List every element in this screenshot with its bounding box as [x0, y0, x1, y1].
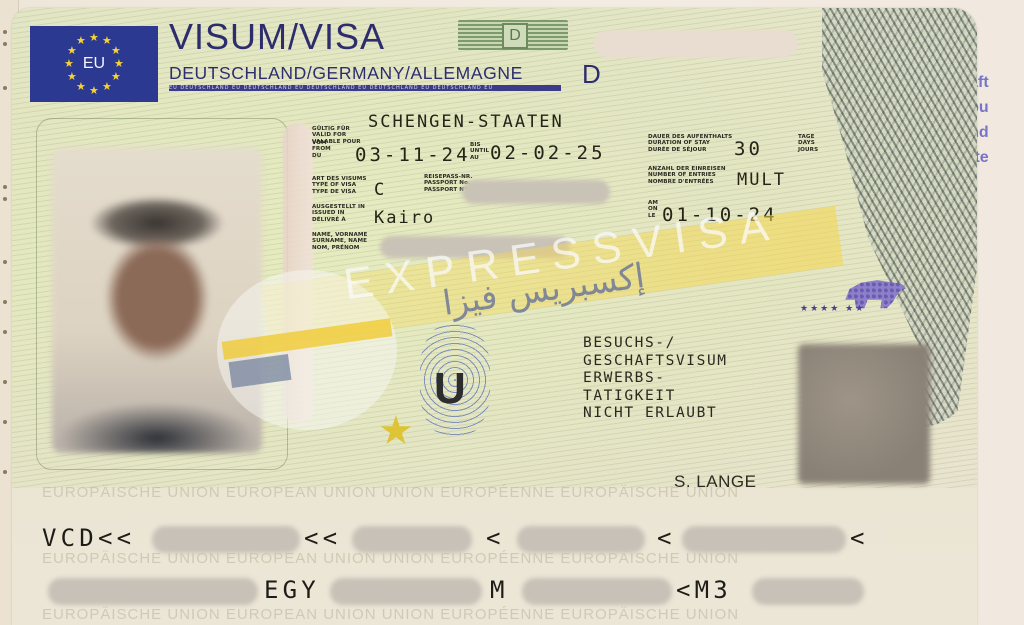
valid-for-value: SCHENGEN-STAATEN	[368, 112, 564, 132]
mrz-line1-seg3: <	[486, 524, 505, 552]
mrz-redaction	[682, 526, 846, 553]
visa-title: VISUM/VISA	[169, 16, 385, 58]
issued-in-value: Kairo	[374, 208, 435, 228]
from-label: VOM FROM DU	[312, 140, 331, 159]
type-of-visa-label: ART DES VISUMS TYPE OF VISA TYPE DE VISA	[312, 176, 367, 195]
duration-label: DAUER DES AUFENTHALTS DURATION OF STAY D…	[648, 134, 732, 153]
visa-sticker: ★ ★ ★ ★ ★ ★ ★ ★ ★ ★ ★ ★ EU VISUM/VISA D …	[12, 8, 977, 625]
redacted-passport-number	[462, 180, 610, 204]
eu-hologram-emblem: U	[420, 324, 490, 436]
background-union-text-3: EUROPÄISCHE UNION EUROPEAN UNION UNION E…	[42, 606, 739, 623]
until-label: BIS UNTIL AU	[470, 142, 489, 161]
type-of-visa-value: C	[374, 180, 386, 200]
from-date: 03-11-24	[355, 144, 471, 166]
entries-value: MULT	[737, 170, 786, 190]
issuing-country: DEUTSCHLAND/GERMANY/ALLEMAGNE	[169, 63, 523, 84]
mrz-line1-seg2: <<	[304, 524, 341, 552]
mrz-line1-seg1: VCD<<	[42, 524, 135, 552]
mrz-line2-seg4: <M3	[676, 576, 732, 604]
background-union-text: EUROPÄISCHE UNION EUROPEAN UNION UNION E…	[42, 484, 739, 501]
mrz-redaction	[522, 578, 672, 605]
mrz-redaction	[152, 526, 300, 553]
eu-flag-icon: ★ ★ ★ ★ ★ ★ ★ ★ ★ ★ ★ ★ EU	[30, 26, 158, 102]
issuing-state-code: D	[582, 59, 601, 90]
ghost-photo-blurred	[798, 344, 930, 484]
country-microtext-band: EU DEUTSCHLAND EU DEUTSCHLAND EU DEUTSCH…	[169, 85, 561, 91]
remarks-text: BESUCHS-/ GESCHAFTSVISUM ERWERBS- TATIGK…	[583, 335, 728, 423]
country-code-badge: D	[458, 20, 568, 50]
mrz-redaction	[352, 526, 472, 553]
mrz-line1-seg4: <	[657, 524, 676, 552]
duration-value: 30	[734, 138, 763, 160]
until-date: 02-02-25	[490, 142, 606, 164]
name-label: NAME, VORNAME SURNAME, NAME NOM, PRÉNOM	[312, 232, 367, 251]
issued-in-label: AUSGESTELLT IN ISSUED IN DÉLIVRÉ À	[312, 204, 365, 223]
entries-label: ANZAHL DER EINREISEN NUMBER OF ENTRIES N…	[648, 166, 726, 185]
hologram-star-icon: ★	[378, 408, 414, 454]
stars-row: ★★★★ ★★	[800, 304, 865, 314]
eu-flag-label: EU	[30, 55, 158, 73]
duration-unit: TAGE DAYS JOURS	[798, 134, 818, 153]
mrz-redaction	[48, 578, 258, 605]
mrz-redaction	[330, 578, 482, 605]
mrz-redaction	[517, 526, 645, 553]
mrz-line1-seg5: <	[850, 524, 869, 552]
redacted-visa-number	[594, 30, 798, 58]
holder-photo-blurred	[52, 148, 262, 453]
mrz-redaction	[752, 578, 864, 605]
mrz-line2-seg2: EGY	[264, 576, 320, 604]
mrz-line2-seg3: M	[490, 576, 509, 604]
